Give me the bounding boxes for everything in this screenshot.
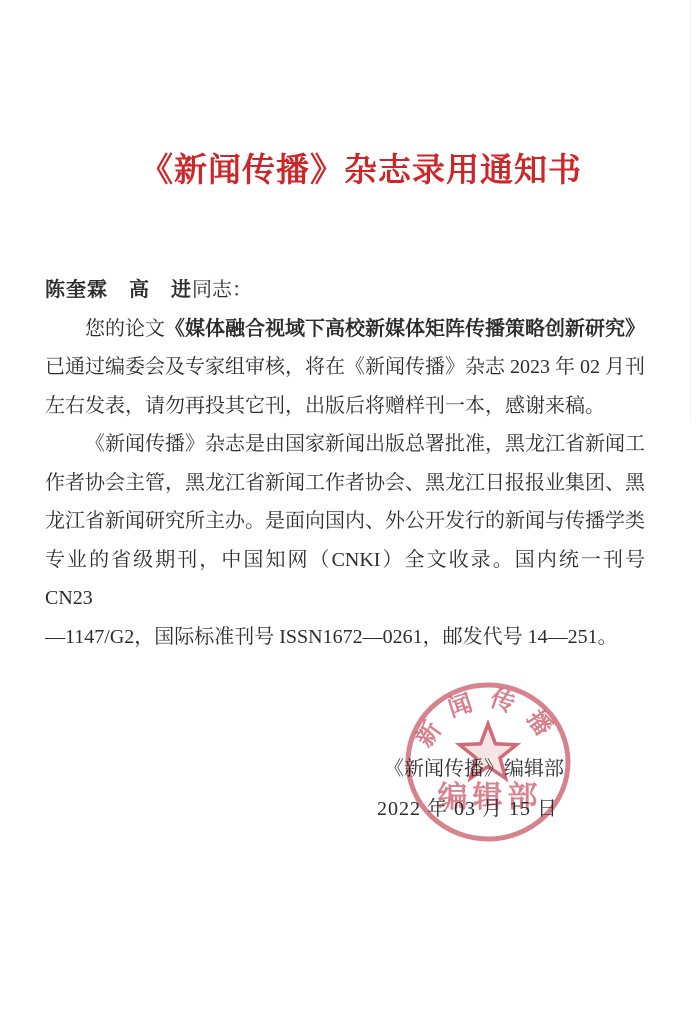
paper-intro-text: 您的论文: [85, 318, 165, 340]
paragraph1-line3: 左右发表，请勿再投其它刊，出版后将赠样刊一本，感谢来稿。: [45, 387, 645, 426]
paragraph2-line2: 作者协会主管，黑龙江省新闻工作者协会、黑龙江日报报业集团、黑: [45, 464, 645, 503]
notice-title: 《新闻传播》杂志录用通知书: [0, 144, 696, 191]
recipient-names: 陈奎霖 高 进: [45, 279, 192, 301]
paragraph2-line1: 《新闻传播》杂志是由国家新闻出版总署批准，黑龙江省新闻工: [45, 425, 645, 464]
paper-title: 《媒体融合视域下高校新媒体矩阵传播策略创新研究》: [165, 318, 645, 340]
scan-edge-artifact: [690, 0, 691, 420]
paragraph2-line3: 龙江省新闻研究所主办。是面向国内、外公开发行的新闻与传播学类: [45, 502, 645, 541]
paragraph1-line2: 已通过编委会及专家组审核，将在《新闻传播》杂志 2023 年 02 月刊: [45, 348, 645, 387]
salutation-line: 陈奎霖 高 进同志：: [45, 271, 645, 310]
signature-department: 《新闻传播》编辑部: [384, 752, 564, 781]
paragraph2-line4: 专业的省级期刊，中国知网（CNKI）全文收录。国内统一刊号 CN23: [45, 541, 645, 618]
paragraph1-line1: 您的论文《媒体融合视域下高校新媒体矩阵传播策略创新研究》: [45, 310, 645, 349]
letter-body: 陈奎霖 高 进同志： 您的论文《媒体融合视域下高校新媒体矩阵传播策略创新研究》 …: [45, 271, 645, 656]
acceptance-letter-page: 《新闻传播》杂志录用通知书 陈奎霖 高 进同志： 您的论文《媒体融合视域下高校新…: [0, 0, 696, 1027]
paragraph2-line5: —1147/G2，国际标准刊号 ISSN1672—0261，邮发代号 14—25…: [45, 618, 645, 657]
signature-date: 2022 年 03 月 15 日: [377, 792, 558, 821]
salutation-suffix: 同志：: [192, 279, 252, 301]
